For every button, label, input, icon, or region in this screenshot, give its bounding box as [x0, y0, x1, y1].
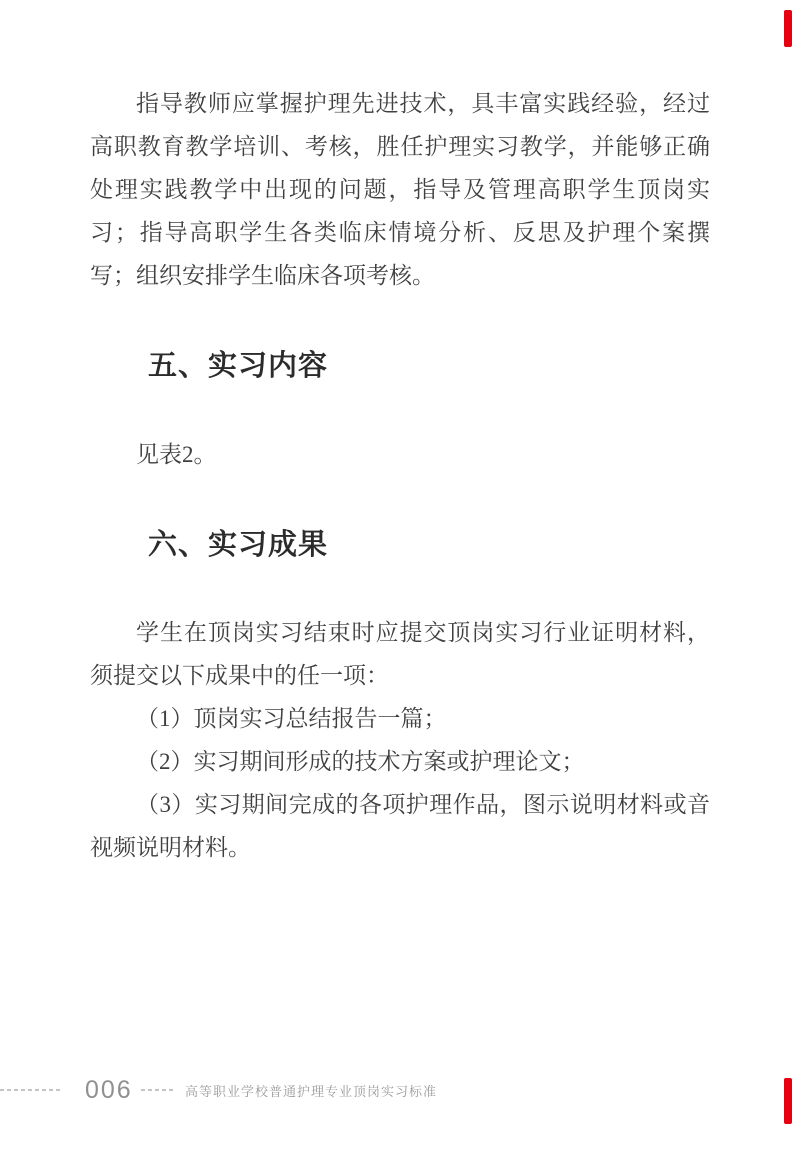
results-intro-paragraph: 学生在顶岗实习结束时应提交顶岗实习行业证明材料，须提交以下成果中的任一项：	[90, 611, 710, 697]
footer-book-title: 高等职业学校普通护理专业顶岗实习标准	[185, 1084, 437, 1099]
result-item-1: （1）顶岗实习总结报告一篇；	[90, 697, 710, 740]
red-accent-bar-top	[784, 10, 792, 47]
footer-leader-dots	[0, 1089, 60, 1091]
footer-mid-dashes	[141, 1089, 175, 1091]
section-heading-internship-content: 五、实习内容	[90, 345, 710, 388]
document-page: 指导教师应掌握护理先进技术，具丰富实践经验，经过高职教育教学培训、考核，胜任护理…	[0, 0, 800, 1150]
result-item-2: （2）实习期间形成的技术方案或护理论文；	[90, 740, 710, 783]
section-heading-internship-results: 六、实习成果	[90, 524, 710, 567]
see-table-note: 见表2。	[90, 433, 710, 476]
page-footer: 006 高等职业学校普通护理专业顶岗实习标准	[0, 1076, 800, 1106]
result-item-3: （3）实习期间完成的各项护理作品，图示说明材料或音视频说明材料。	[90, 783, 710, 869]
teacher-requirements-paragraph: 指导教师应掌握护理先进技术，具丰富实践经验，经过高职教育教学培训、考核，胜任护理…	[90, 82, 710, 297]
page-number: 006	[85, 1076, 133, 1104]
page-content: 指导教师应掌握护理先进技术，具丰富实践经验，经过高职教育教学培训、考核，胜任护理…	[90, 82, 710, 869]
